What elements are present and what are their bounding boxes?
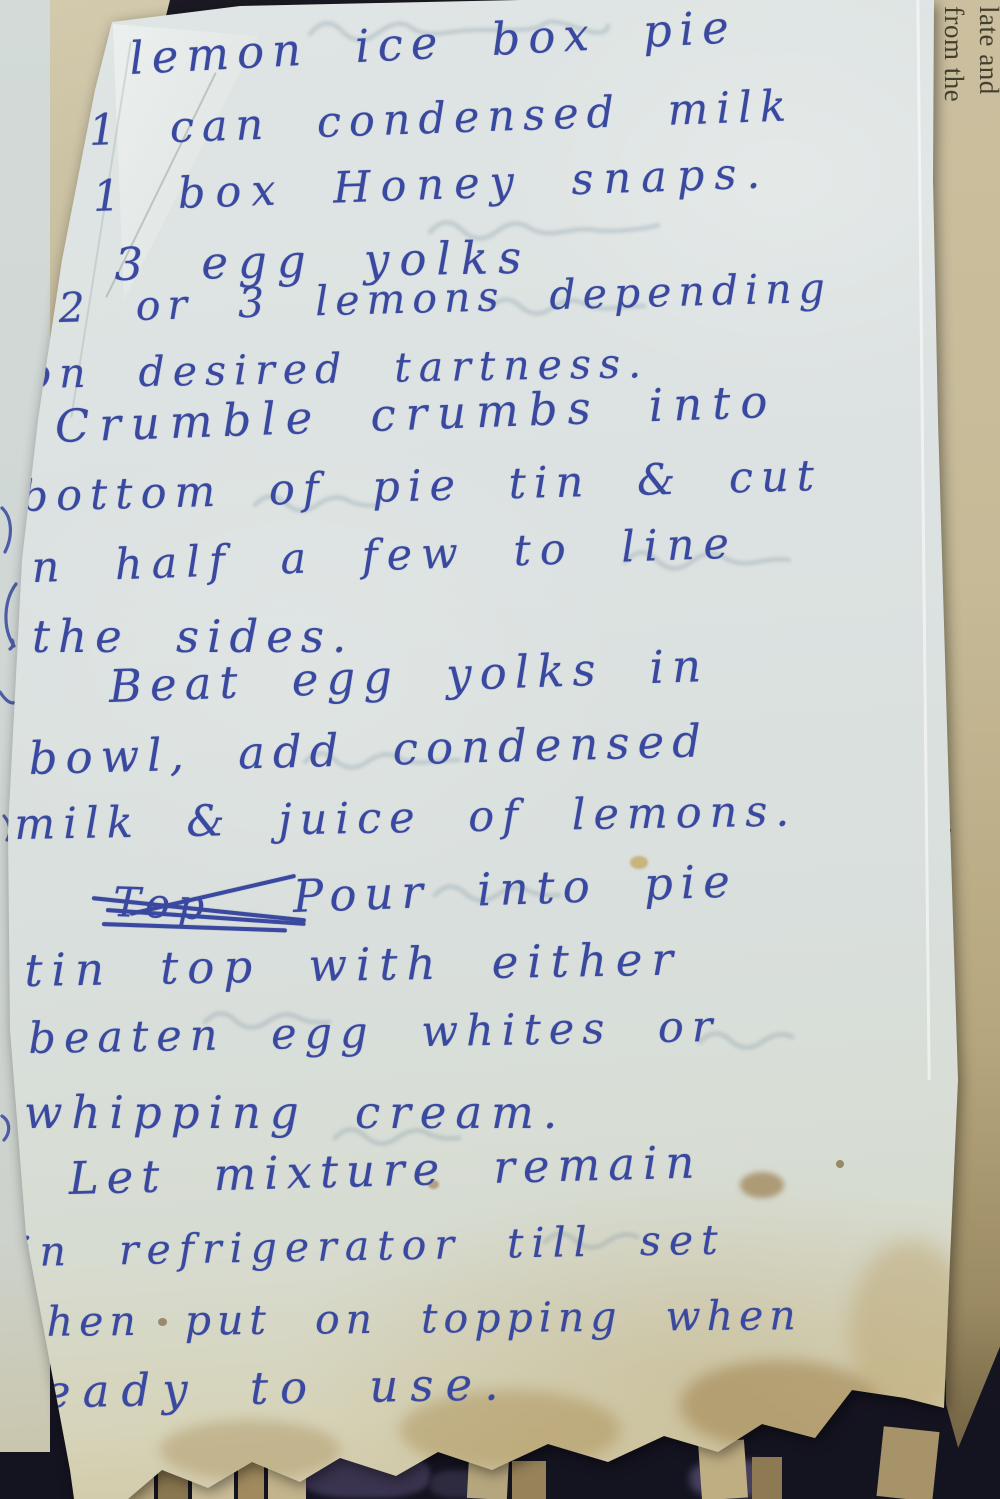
stain-spot: [44, 118, 53, 127]
instruction-line: then put on topping when: [24, 1291, 802, 1346]
instruction-line: whipping cream.: [24, 1086, 566, 1139]
note-paper-wrapper: lemon ice box pie 1 can condensed milk 1…: [0, 0, 1000, 1499]
instruction-line: Pour into pie: [292, 854, 739, 922]
instruction-line: in refrigerator till set: [18, 1216, 726, 1276]
stain-spot: [836, 1160, 844, 1168]
age-discoloration: [850, 1240, 970, 1420]
age-discoloration: [680, 1360, 880, 1450]
stain-smudge: [740, 1172, 784, 1198]
photo-of-handwritten-recipe: late and from the is: [0, 0, 1000, 1499]
instruction-line: bottom of pie tin & cut: [20, 451, 823, 522]
instruction-line: milk & juice of lemons.: [14, 786, 797, 850]
age-discoloration: [160, 1420, 340, 1480]
instruction-line: Let mixture remain: [68, 1135, 703, 1205]
instruction-line: in half a few to line: [8, 519, 739, 594]
recipe-title-line: lemon ice box pie: [128, 0, 738, 85]
instruction-line: tin top with either: [24, 933, 682, 997]
right-edge-crease: [916, 0, 930, 1080]
note-paper: lemon ice box pie 1 can condensed milk 1…: [0, 0, 1000, 1499]
instruction-line: bowl, add condensed: [28, 714, 710, 785]
instruction-line: ready to use.: [10, 1357, 511, 1419]
instruction-line: beaten egg whites or: [28, 1002, 721, 1064]
